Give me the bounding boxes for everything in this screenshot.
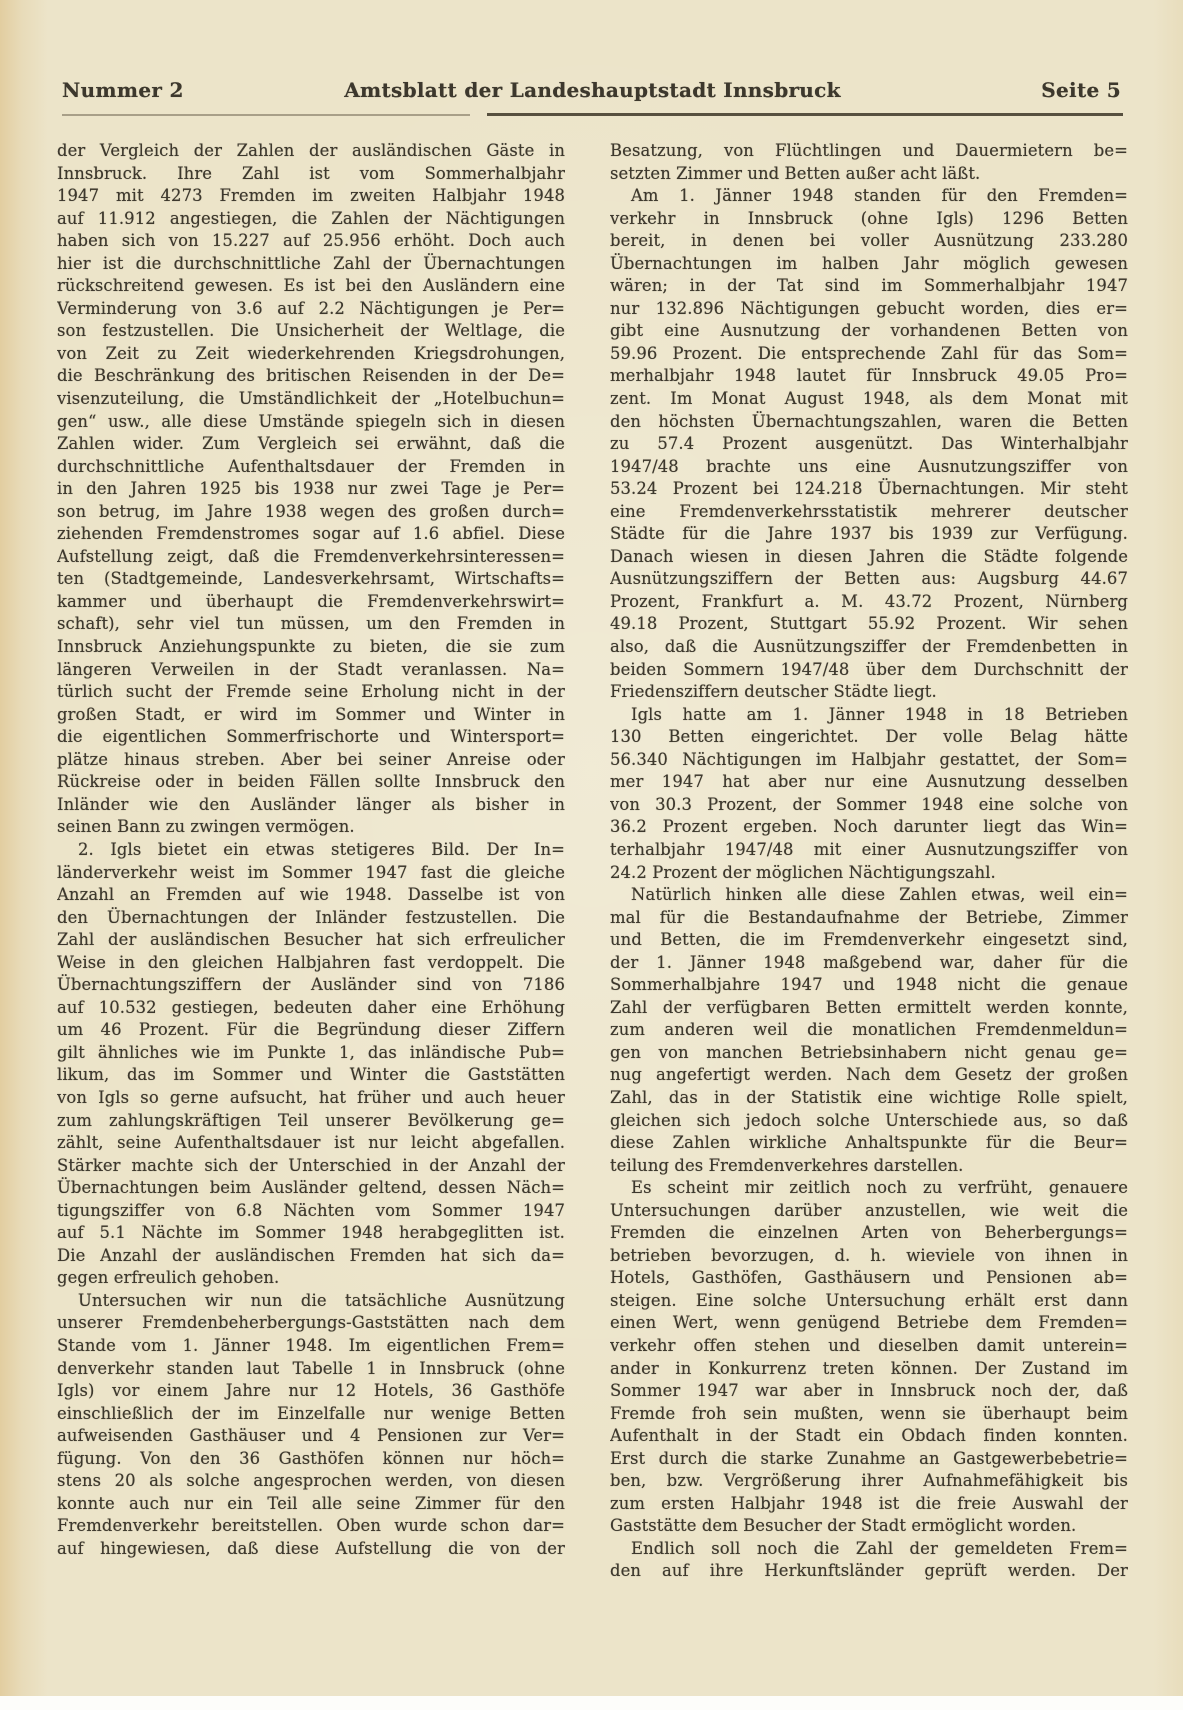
text-line: verkehr offen stehen und dieselben damit… [610, 1335, 1128, 1358]
text-line: und Betten, die im Fremdenverkehr einges… [610, 929, 1128, 952]
text-line: Zahlen wider. Zum Vergleich sei erwähnt,… [57, 433, 565, 456]
text-line: haben sich von 15.227 auf 25.956 erhöht.… [57, 230, 565, 253]
text-line: Innsbruck. Ihre Zahl ist vom Sommerhalbj… [57, 163, 565, 186]
text-line: Übernachtungen im halben Jahr möglich ge… [610, 253, 1128, 276]
text-line: ziehenden Fremdenstromes sogar auf 1.6 a… [57, 523, 565, 546]
text-line: Die Anzahl der ausländischen Fremden hat… [57, 1245, 565, 1268]
text-line: von 30.3 Prozent, der Sommer 1948 eine s… [610, 794, 1128, 817]
text-line: gilt ähnliches wie im Punkte 1, das inlä… [57, 1042, 565, 1065]
text-line: 49.18 Prozent, Stuttgart 55.92 Prozent. … [610, 613, 1128, 636]
text-line: aufweisenden Gasthäuser und 4 Pensionen … [57, 1425, 565, 1448]
text-line: diese Zahlen wirkliche Anhaltspunkte für… [610, 1132, 1128, 1155]
text-line: einen Wert, wenn genügend Betriebe dem F… [610, 1312, 1128, 1335]
text-line: konnte auch nur ein Teil alle seine Zimm… [57, 1493, 565, 1516]
text-line: stens 20 als solche angesprochen werden,… [57, 1470, 565, 1493]
text-line: Fremdenverkehr bereitstellen. Oben wurde… [57, 1515, 565, 1538]
text-line: eine Fremdenverkehrsstatistik mehrerer d… [610, 501, 1128, 524]
text-line: verkehr in Innsbruck (ohne Igls) 1296 Be… [610, 208, 1128, 231]
text-line: bereit, in denen bei voller Ausnützung 2… [610, 230, 1128, 253]
right-column: Besatzung, von Flüchtlingen und Dauermie… [610, 140, 1128, 1583]
text-line: Aufstellung zeigt, daß die Fremdenverkeh… [57, 546, 565, 569]
text-line: terhalbjahr 1947/48 mit einer Ausnutzung… [610, 839, 1128, 862]
text-line: steigen. Eine solche Untersuchung erhält… [610, 1290, 1128, 1313]
text-line: schaft), sehr viel tun müssen, um den Fr… [57, 613, 565, 636]
text-line: auf 10.532 gestiegen, bedeuten daher ein… [57, 997, 565, 1020]
text-line: 1947 mit 4273 Fremden im zweiten Halbjah… [57, 185, 565, 208]
text-line: merhalbjahr 1948 lautet für Innsbruck 49… [610, 365, 1128, 388]
text-line: länderverkehr weist im Sommer 1947 fast … [57, 862, 565, 885]
text-line: Besatzung, von Flüchtlingen und Dauermie… [610, 140, 1128, 163]
text-line: Fremden die einzelnen Arten von Beherber… [610, 1222, 1128, 1245]
text-line: Zahl der verfügbaren Betten ermittelt we… [610, 997, 1128, 1020]
text-line: auf 11.912 angestiegen, die Zahlen der N… [57, 208, 565, 231]
text-line: likum, das im Sommer und Winter die Gast… [57, 1064, 565, 1087]
text-line: son festzustellen. Die Unsicherheit der … [57, 320, 565, 343]
text-line: Stärker machte sich der Unterschied in d… [57, 1155, 565, 1178]
text-line: die Beschränkung des britischen Reisende… [57, 365, 565, 388]
text-line: gen“ usw., alle diese Umstände spiegeln … [57, 411, 565, 434]
text-line: gleichen sich jedoch solche Unterschiede… [610, 1110, 1128, 1133]
text-line: Endlich soll noch die Zahl der gemeldete… [610, 1538, 1128, 1561]
text-line: gegen erfreulich gehoben. [57, 1267, 565, 1290]
text-line: von Igls so gerne aufsucht, hat früher u… [57, 1087, 565, 1110]
text-line: auf 5.1 Nächte im Sommer 1948 herabgegli… [57, 1222, 565, 1245]
text-line: denverkehr standen laut Tabelle 1 in Inn… [57, 1358, 565, 1381]
scan-bottom-edge [0, 1696, 1183, 1710]
text-line: gibt eine Ausnutzung der vorhandenen Bet… [610, 320, 1128, 343]
text-line: um 46 Prozent. Für die Begründung dieser… [57, 1019, 565, 1042]
text-line: gen von manchen Betriebsinhabern nicht g… [610, 1042, 1128, 1065]
text-line: Übernachtungsziffern der Ausländer sind … [57, 974, 565, 997]
text-line: Zahl der ausländischen Besucher hat sich… [57, 929, 565, 952]
text-line: Aufenthalt in der Stadt ein Obdach finde… [610, 1425, 1128, 1448]
text-line: 24.2 Prozent der möglichen Nächtigungsza… [610, 862, 1128, 885]
text-line: Es scheint mir zeitlich noch zu verfrüht… [610, 1177, 1128, 1200]
text-line: plätze hinaus streben. Aber bei seiner A… [57, 749, 565, 772]
text-line: ander in Konkurrenz treten können. Der Z… [610, 1358, 1128, 1381]
text-line: seinen Bann zu zwingen vermögen. [57, 816, 565, 839]
text-line: Prozent, Frankfurt a. M. 43.72 Prozent, … [610, 591, 1128, 614]
text-line: zum anderen weil die monatlichen Fremden… [610, 1019, 1128, 1042]
text-line: längeren Verweilen in der Stadt veranlas… [57, 659, 565, 682]
text-line: beiden Sommern 1947/48 über dem Durchsch… [610, 659, 1128, 682]
header-rule-right [487, 113, 1123, 116]
page-header: Nummer 2 Amtsblatt der Landeshauptstadt … [62, 78, 1123, 104]
text-line: Innsbruck Anziehungspunkte zu bieten, di… [57, 636, 565, 659]
text-line: tigungsziffer von 6.8 Nächten vom Sommer… [57, 1200, 565, 1223]
text-line: durchschnittliche Aufenthaltsdauer der F… [57, 456, 565, 479]
text-line: zum zahlungskräftigen Teil unserer Bevöl… [57, 1110, 565, 1133]
text-line: in den Jahren 1925 bis 1938 nur zwei Tag… [57, 478, 565, 501]
text-line: also, daß die Ausnützungsziffer der Frem… [610, 636, 1128, 659]
text-line: Hotels, Gasthöfen, Gasthäusern und Pensi… [610, 1267, 1128, 1290]
text-line: Städte für die Jahre 1937 bis 1939 zur V… [610, 523, 1128, 546]
text-line: betrieben bevorzugen, d. h. wieviele von… [610, 1245, 1128, 1268]
text-line: Zahl, das in der Statistik eine wichtige… [610, 1087, 1128, 1110]
text-line: teilung des Fremdenverkehres darstellen. [610, 1155, 1128, 1178]
text-line: son betrug, im Jahre 1938 wegen des groß… [57, 501, 565, 524]
text-line: hier ist die durchschnittliche Zahl der … [57, 253, 565, 276]
text-line: den Übernachtungen der Inländer festzust… [57, 907, 565, 930]
text-line: 130 Betten eingerichtet. Der volle Belag… [610, 726, 1128, 749]
article-body: der Vergleich der Zahlen der ausländisch… [57, 140, 1128, 1583]
text-line: 1947/48 brachte uns eine Ausnutzungsziff… [610, 456, 1128, 479]
text-line: Igls) vor einem Jahre nur 12 Hotels, 36 … [57, 1380, 565, 1403]
text-line: Untersuchen wir nun die tatsächliche Aus… [57, 1290, 565, 1313]
text-line: 36.2 Prozent ergeben. Noch darunter lieg… [610, 816, 1128, 839]
text-line: Anzahl an Fremden auf wie 1948. Dasselbe… [57, 884, 565, 907]
text-line: unserer Fremdenbeherbergungs-Gaststätten… [57, 1312, 565, 1335]
text-line: mer 1947 hat aber nur eine Ausnutzung de… [610, 771, 1128, 794]
text-line: Sommerhalbjahre 1947 und 1948 nicht die … [610, 974, 1128, 997]
text-line: einschließlich der im Einzelfalle nur we… [57, 1403, 565, 1426]
text-line: Erst durch die starke Zunahme an Gastgew… [610, 1448, 1128, 1471]
text-line: Rückreise oder in beiden Fällen sollte I… [57, 771, 565, 794]
text-line: die eigentlichen Sommerfrischorte und Wi… [57, 726, 565, 749]
text-line: Untersuchungen darüber anzustellen, wie … [610, 1200, 1128, 1223]
text-line: ten (Stadtgemeinde, Landesverkehrsamt, W… [57, 568, 565, 591]
text-line: Stande vom 1. Jänner 1948. Im eigentlich… [57, 1335, 565, 1358]
text-line: Danach wiesen in diesen Jahren die Städt… [610, 546, 1128, 569]
text-line: Fremde froh sein mußten, wenn sie überha… [610, 1403, 1128, 1426]
text-line: Friedensziffern deutscher Städte liegt. [610, 681, 1128, 704]
text-line: den auf ihre Herkunftsländer geprüft wer… [610, 1560, 1128, 1583]
text-line: nur 132.896 Nächtigungen gebucht worden,… [610, 298, 1128, 321]
text-line: nug angefertigt werden. Nach dem Gesetz … [610, 1064, 1128, 1087]
text-line: Natürlich hinken alle diese Zahlen etwas… [610, 884, 1128, 907]
text-line: Weise in den gleichen Halbjahren fast ve… [57, 952, 565, 975]
text-line: Übernachtungen beim Ausländer geltend, d… [57, 1177, 565, 1200]
text-line: fügung. Von den 36 Gasthöfen können nur … [57, 1448, 565, 1471]
text-line: zent. Im Monat August 1948, als dem Mona… [610, 388, 1128, 411]
text-line: Verminderung von 3.6 auf 2.2 Nächtigunge… [57, 298, 565, 321]
text-line: Inländer wie den Ausländer länger als bi… [57, 794, 565, 817]
text-line: setzten Zimmer und Betten außer acht läß… [610, 163, 1128, 186]
text-line: visenzuteilung, die Umständlichkeit der … [57, 388, 565, 411]
masthead-title: Amtsblatt der Landeshauptstadt Innsbruck [62, 78, 1123, 102]
text-line: türlich sucht der Fremde seine Erholung … [57, 681, 565, 704]
text-line: 2. Igls bietet ein etwas stetigeres Bild… [57, 839, 565, 862]
text-line: der Vergleich der Zahlen der ausländisch… [57, 140, 565, 163]
text-line: auf hingewiesen, daß diese Aufstellung d… [57, 1538, 565, 1561]
text-line: Sommer 1947 war aber in Innsbruck noch d… [610, 1380, 1128, 1403]
text-line: 59.96 Prozent. Die entsprechende Zahl fü… [610, 343, 1128, 366]
text-line: Ausnützungsziffern der Betten aus: Augsb… [610, 568, 1128, 591]
left-column: der Vergleich der Zahlen der ausländisch… [57, 140, 565, 1583]
text-line: kammer und überhaupt die Fremdenverkehrs… [57, 591, 565, 614]
text-line: Am 1. Jänner 1948 standen für den Fremde… [610, 185, 1128, 208]
text-line: ben, bzw. Vergrößerung ihrer Aufnahmefäh… [610, 1470, 1128, 1493]
text-line: Igls hatte am 1. Jänner 1948 in 18 Betri… [610, 704, 1128, 727]
text-line: rückschreitend gewesen. Es ist bei den A… [57, 275, 565, 298]
text-line: 53.24 Prozent bei 124.218 Übernachtungen… [610, 478, 1128, 501]
text-line: zu 57.4 Prozent ausgenützt. Das Winterha… [610, 433, 1128, 456]
text-line: zum ersten Halbjahr 1948 ist die freie A… [610, 1493, 1128, 1516]
text-line: den höchsten Übernachtungszahlen, waren … [610, 411, 1128, 434]
text-line: mal für die Bestandaufnahme der Betriebe… [610, 907, 1128, 930]
text-line: 56.340 Nächtigungen im Halbjahr gestatte… [610, 749, 1128, 772]
text-line: Gaststätte dem Besucher der Stadt ermögl… [610, 1515, 1128, 1538]
page-number: Seite 5 [1041, 78, 1121, 102]
header-rule-left [62, 114, 470, 116]
text-line: wären; in der Tat sind im Sommerhalbjahr… [610, 275, 1128, 298]
text-line: von Zeit zu Zeit wiederkehrenden Kriegsd… [57, 343, 565, 366]
text-line: zählt, seine Aufenthaltsdauer ist nur le… [57, 1132, 565, 1155]
text-line: der 1. Jänner 1948 maßgebend war, daher … [610, 952, 1128, 975]
text-line: großen Stadt, er wird im Sommer und Wint… [57, 704, 565, 727]
